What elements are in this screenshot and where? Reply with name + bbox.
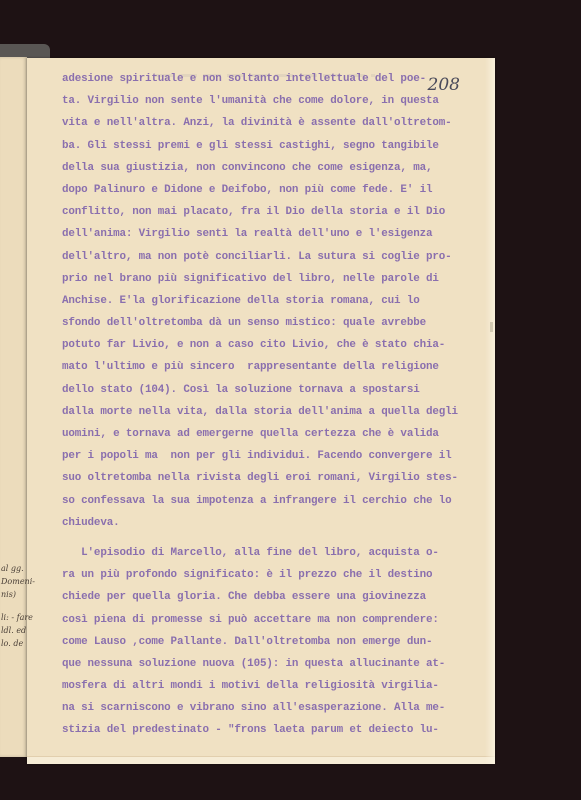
text-line: uomini, e tornava ad emergerne quella ce… <box>62 423 482 445</box>
margin-note: li: - fare <box>1 611 31 624</box>
underlying-page <box>0 57 27 757</box>
text-line: della sua giustizia, non convincono che … <box>62 157 482 179</box>
text-line: come Lauso ,come Pallante. Dall'oltretom… <box>62 631 482 653</box>
text-line: ta. Virgilio non sente l'umanità che com… <box>62 90 482 112</box>
text-line: prio nel brano più significativo del lib… <box>62 268 482 290</box>
margin-note: lo. de <box>1 637 31 650</box>
text-line: suo oltretomba nella rivista degli eroi … <box>62 467 482 489</box>
text-line: conflitto, non mai placato, fra il Dio d… <box>62 201 482 223</box>
text-line: na si scarniscono e vibrano sino all'esa… <box>62 697 482 719</box>
text-line: stizia del predestinato - "frons laeta p… <box>62 719 482 741</box>
paragraph-gap <box>62 534 482 542</box>
page-edge <box>27 756 495 764</box>
text-line: adesione spirituale e non soltanto intel… <box>62 68 482 90</box>
text-line: così piena di promesse si può accettare … <box>62 609 482 631</box>
text-line: mato l'ultimo e più sincero rappresentan… <box>62 356 482 378</box>
margin-note: al gg. <box>1 562 31 575</box>
margin-note: Domeni- <box>1 575 31 588</box>
underlying-page-tab <box>0 44 50 58</box>
handwritten-margin-notes: al gg.Domeni-nis)li: - fareldl. edlo. de <box>1 562 31 650</box>
text-line: dell'anima: Virgilio sentì la realtà del… <box>62 223 482 245</box>
margin-mark <box>490 322 493 332</box>
margin-note: nis) <box>1 588 31 601</box>
text-line: per i popoli ma non per gli individui. F… <box>62 445 482 467</box>
text-line: vita e nell'altra. Anzi, la divinità è a… <box>62 112 482 134</box>
text-line: chiudeva. <box>62 512 482 534</box>
paragraph-2: L'episodio di Marcello, alla fine del li… <box>62 542 482 742</box>
text-line: chiede per quella gloria. Che debba esse… <box>62 586 482 608</box>
text-line: L'episodio di Marcello, alla fine del li… <box>62 542 482 564</box>
typewritten-body: adesione spirituale e non soltanto intel… <box>62 68 482 742</box>
text-line: dalla morte nella vita, dalla storia del… <box>62 401 482 423</box>
text-line: que nessuna soluzione nuova (105): in qu… <box>62 653 482 675</box>
text-line: ba. Gli stessi premi e gli stessi castig… <box>62 135 482 157</box>
text-line: potuto far Livio, e non a caso cito Livi… <box>62 334 482 356</box>
text-line: dell'altro, ma non potè conciliarli. La … <box>62 246 482 268</box>
text-line: Anchise. E'la glorificazione della stori… <box>62 290 482 312</box>
text-line: sfondo dell'oltretomba dà un senso misti… <box>62 312 482 334</box>
margin-note: ldl. ed <box>1 624 31 637</box>
text-line: mosfera di altri mondi i motivi della re… <box>62 675 482 697</box>
paragraph-1: adesione spirituale e non soltanto intel… <box>62 68 482 534</box>
text-line: dello stato (104). Così la soluzione tor… <box>62 379 482 401</box>
text-line: so confessava la sua impotenza a infrang… <box>62 490 482 512</box>
text-line: ra un più profondo significato: è il pre… <box>62 564 482 586</box>
text-line: dopo Palinuro e Didone e Deifobo, non pi… <box>62 179 482 201</box>
